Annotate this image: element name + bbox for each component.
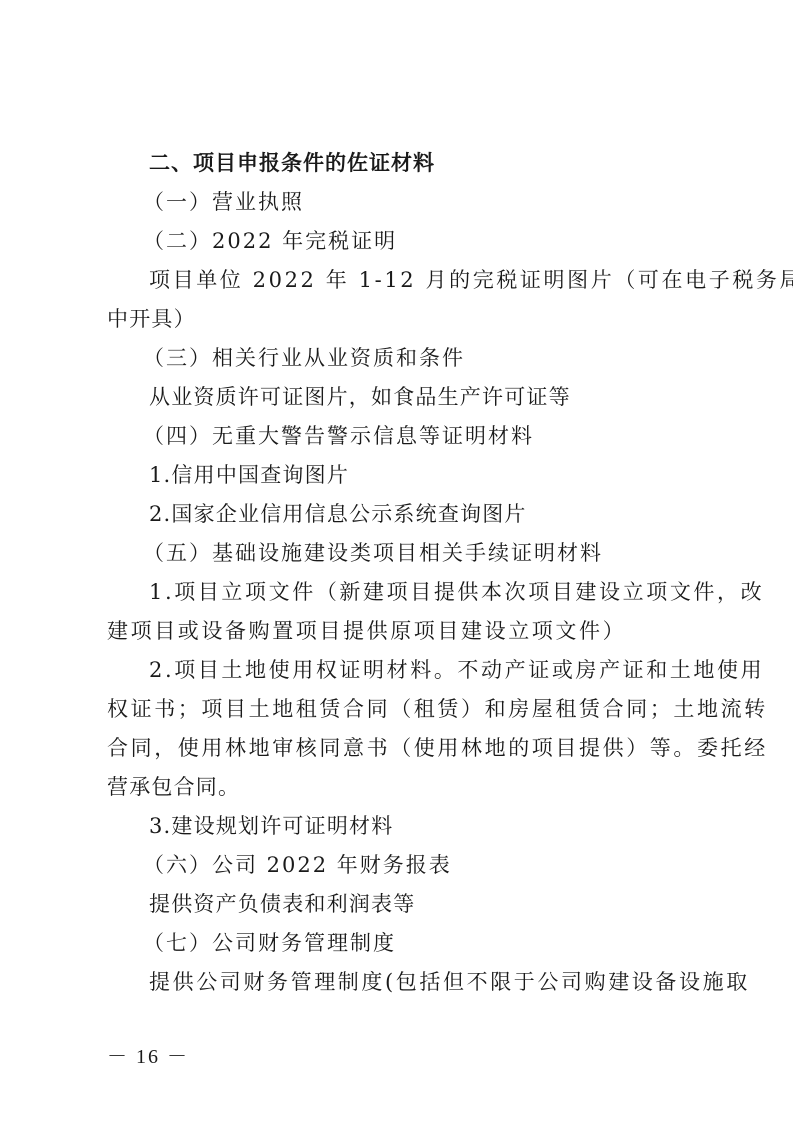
- document-page: 二、项目申报条件的佐证材料 （一）营业执照 （二）2022 年完税证明 项目单位…: [107, 144, 693, 1002]
- item-body-7-line-1: 提供公司财务管理制度(包括但不限于公司购建设备设施取: [107, 963, 693, 1002]
- item-body-5-line-5: 合同，使用林地审核同意书（使用林地的项目提供）等。委托经: [107, 729, 693, 768]
- item-title-3: （三）相关行业从业资质和条件: [107, 339, 693, 378]
- item-title-1: （一）营业执照: [107, 183, 693, 222]
- item-body-5-line-6: 营承包合同。: [107, 768, 693, 807]
- item-body-5-line-4: 权证书；项目土地租赁合同（租赁）和房屋租赁合同；土地流转: [107, 690, 693, 729]
- item-body-3-line-1: 从业资质许可证图片，如食品生产许可证等: [107, 378, 693, 417]
- item-body-2-line-1: 项目单位 2022 年 1-12 月的完税证明图片（可在电子税务局: [107, 261, 693, 300]
- item-title-7: （七）公司财务管理制度: [107, 924, 693, 963]
- item-body-2-line-2: 中开具）: [107, 300, 693, 339]
- item-body-4-line-2: 2.国家企业信用信息公示系统查询图片: [107, 495, 693, 534]
- item-body-5-line-2: 建项目或设备购置项目提供原项目建设立项文件）: [107, 612, 693, 651]
- item-title-4: （四）无重大警告警示信息等证明材料: [107, 417, 693, 456]
- item-body-5-line-1: 1.项目立项文件（新建项目提供本次项目建设立项文件，改: [107, 573, 693, 612]
- page-number: － 16 －: [107, 1040, 189, 1069]
- item-title-6: （六）公司 2022 年财务报表: [107, 846, 693, 885]
- item-title-5: （五）基础设施建设类项目相关手续证明材料: [107, 534, 693, 573]
- section-heading: 二、项目申报条件的佐证材料: [107, 144, 693, 183]
- item-body-5-line-7: 3.建设规划许可证明材料: [107, 807, 693, 846]
- item-body-5-line-3: 2.项目土地使用权证明材料。不动产证或房产证和土地使用: [107, 651, 693, 690]
- item-title-2: （二）2022 年完税证明: [107, 222, 693, 261]
- item-body-6-line-1: 提供资产负债表和利润表等: [107, 885, 693, 924]
- item-body-4-line-1: 1.信用中国查询图片: [107, 456, 693, 495]
